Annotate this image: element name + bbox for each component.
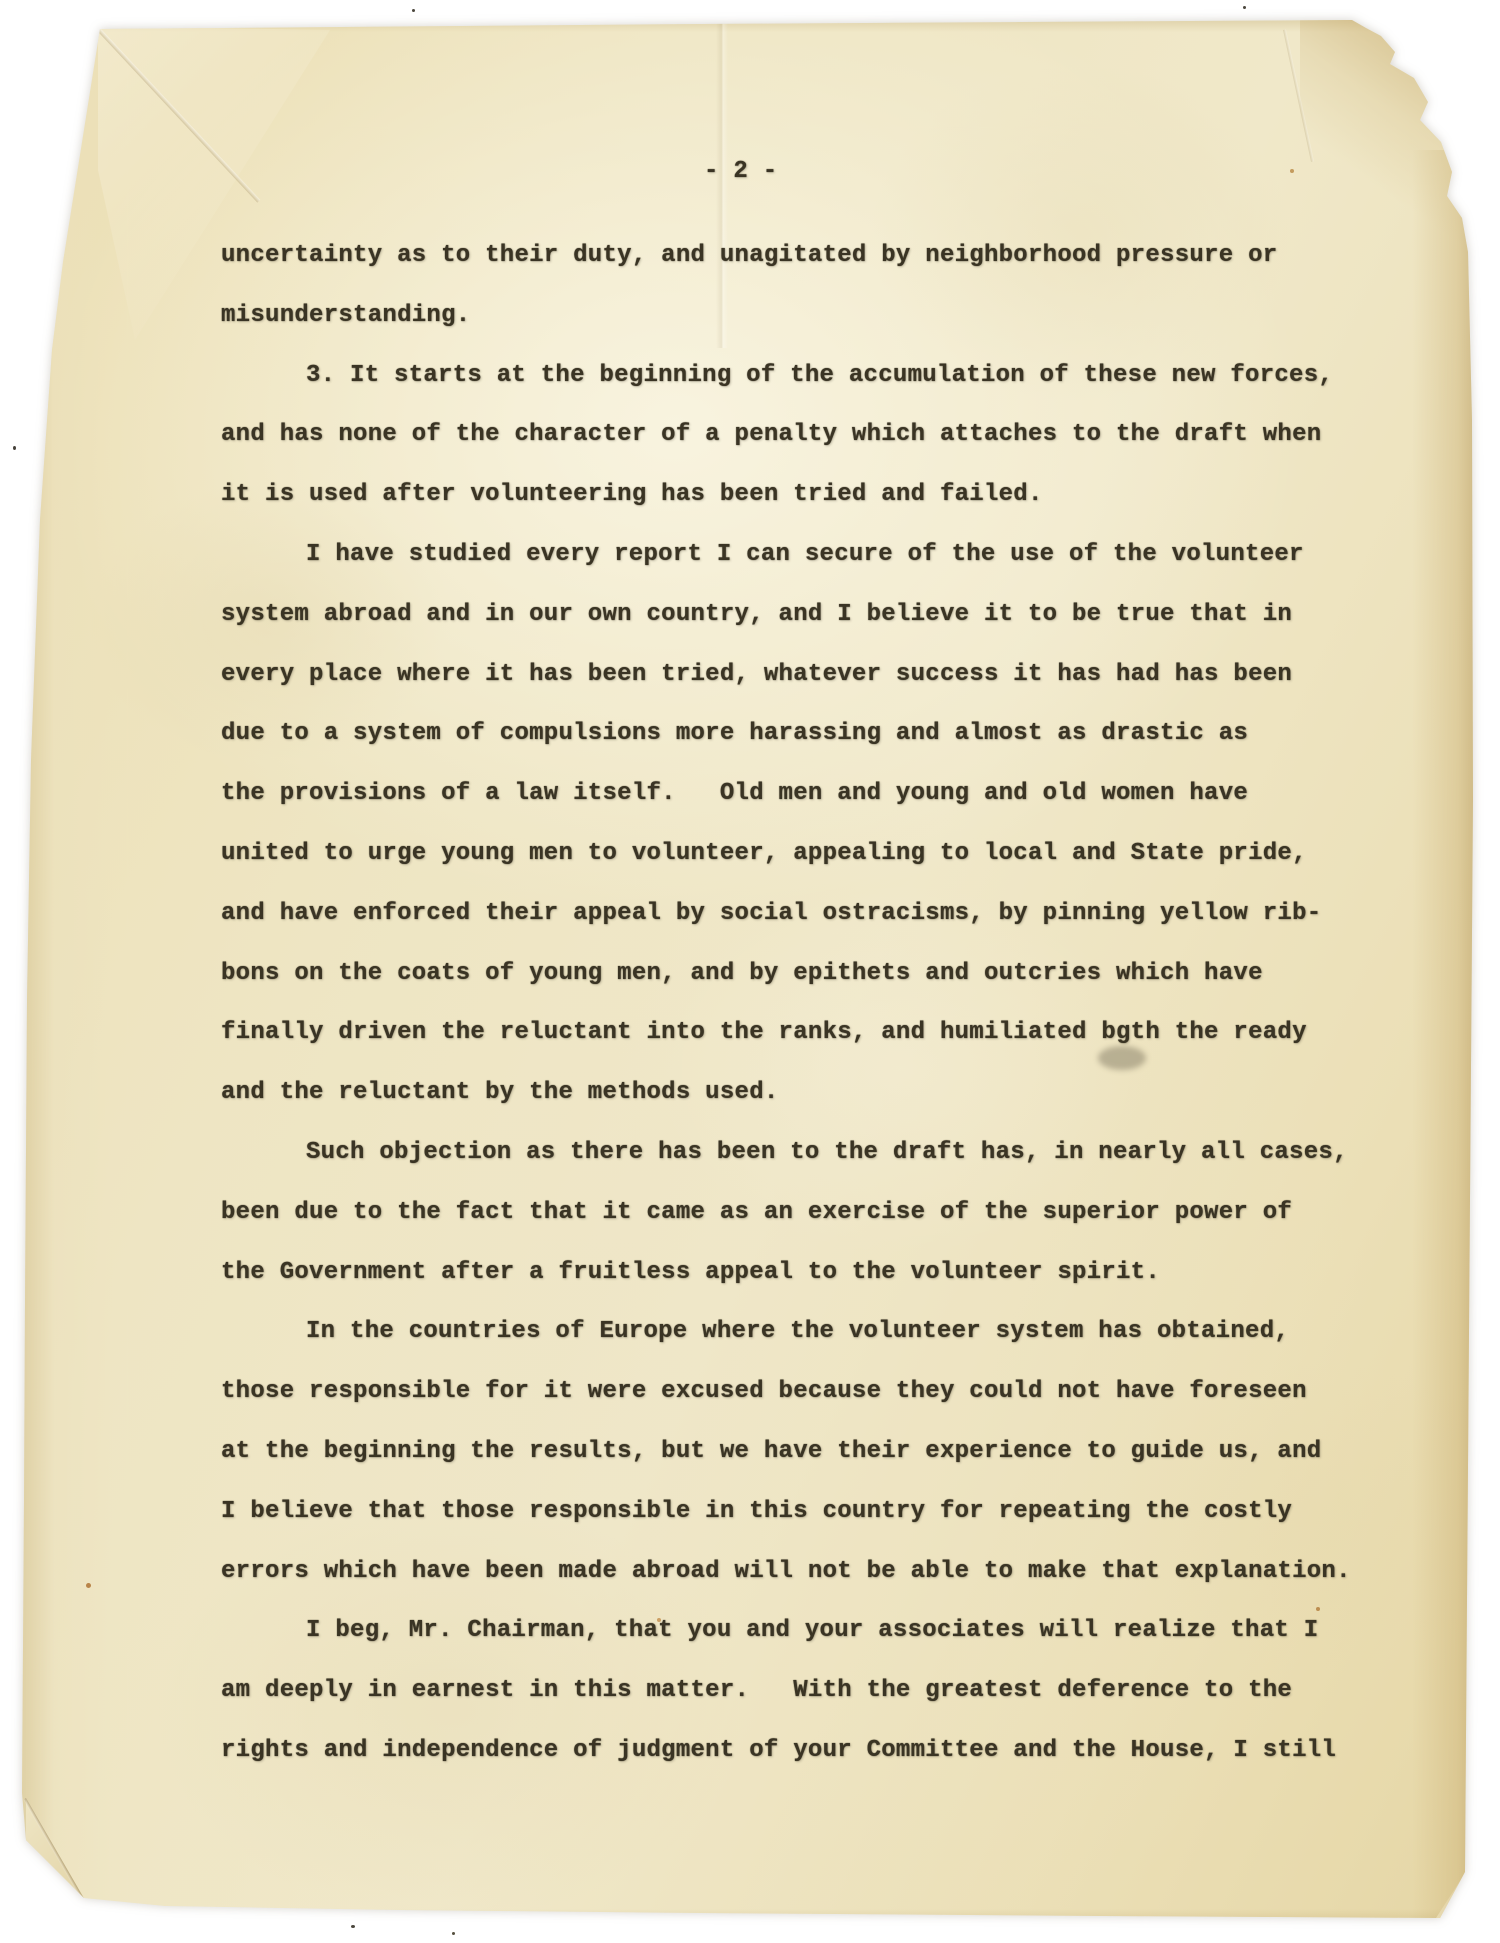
- text-line: finally driven the reluctant into the ra…: [221, 1003, 1421, 1063]
- text-line: am deeply in earnest in this matter. Wit…: [221, 1661, 1421, 1721]
- text-line: due to a system of compulsions more hara…: [221, 704, 1421, 764]
- text-line: I have studied every report I can secure…: [221, 525, 1421, 585]
- typewritten-text: uncertainty as to their duty, and unagit…: [221, 226, 1421, 1781]
- text-line: system abroad and in our own country, an…: [221, 585, 1421, 645]
- text-line: the Government after a fruitless appeal …: [221, 1243, 1421, 1303]
- text-line: those responsible for it were excused be…: [221, 1362, 1421, 1422]
- text-line: Such objection as there has been to the …: [221, 1123, 1421, 1183]
- bottom-edge-shading: [60, 1909, 1460, 1925]
- text-line: I beg, Mr. Chairman, that you and your a…: [221, 1601, 1421, 1661]
- text-line: and has none of the character of a penal…: [221, 405, 1421, 465]
- text-line: misunderstanding.: [221, 286, 1421, 346]
- document-page: - 2 - uncertainty as to their duty, and …: [0, 0, 1500, 1943]
- text-line: the provisions of a law itself. Old men …: [221, 764, 1421, 824]
- text-line: united to urge young men to volunteer, a…: [221, 824, 1421, 884]
- text-line: every place where it has been tried, wha…: [221, 645, 1421, 705]
- paper-shadow: - 2 - uncertainty as to their duty, and …: [0, 0, 1500, 1943]
- text-line: bons on the coats of young men, and by e…: [221, 944, 1421, 1004]
- text-line: and the reluctant by the methods used.: [221, 1063, 1421, 1123]
- left-edge-shading: [18, 0, 113, 1943]
- right-edge-shading: [1412, 150, 1482, 1943]
- rust-speck: [1290, 169, 1294, 173]
- text-line: rights and independence of judgment of y…: [221, 1721, 1421, 1781]
- text-line: been due to the fact that it came as an …: [221, 1183, 1421, 1243]
- text-line: In the countries of Europe where the vol…: [221, 1302, 1421, 1362]
- text-line: at the beginning the results, but we hav…: [221, 1422, 1421, 1482]
- text-line: I believe that those responsible in this…: [221, 1482, 1421, 1542]
- text-line: and have enforced their appeal by social…: [221, 884, 1421, 944]
- scan-background: - 2 - uncertainty as to their duty, and …: [0, 0, 1500, 1943]
- text-line: uncertainty as to their duty, and unagit…: [221, 226, 1421, 286]
- text-line: it is used after volunteering has been t…: [221, 465, 1421, 525]
- page-number: - 2 -: [704, 142, 777, 202]
- text-line: errors which have been made abroad will …: [221, 1542, 1421, 1602]
- text-line: 3. It starts at the beginning of the acc…: [221, 346, 1421, 406]
